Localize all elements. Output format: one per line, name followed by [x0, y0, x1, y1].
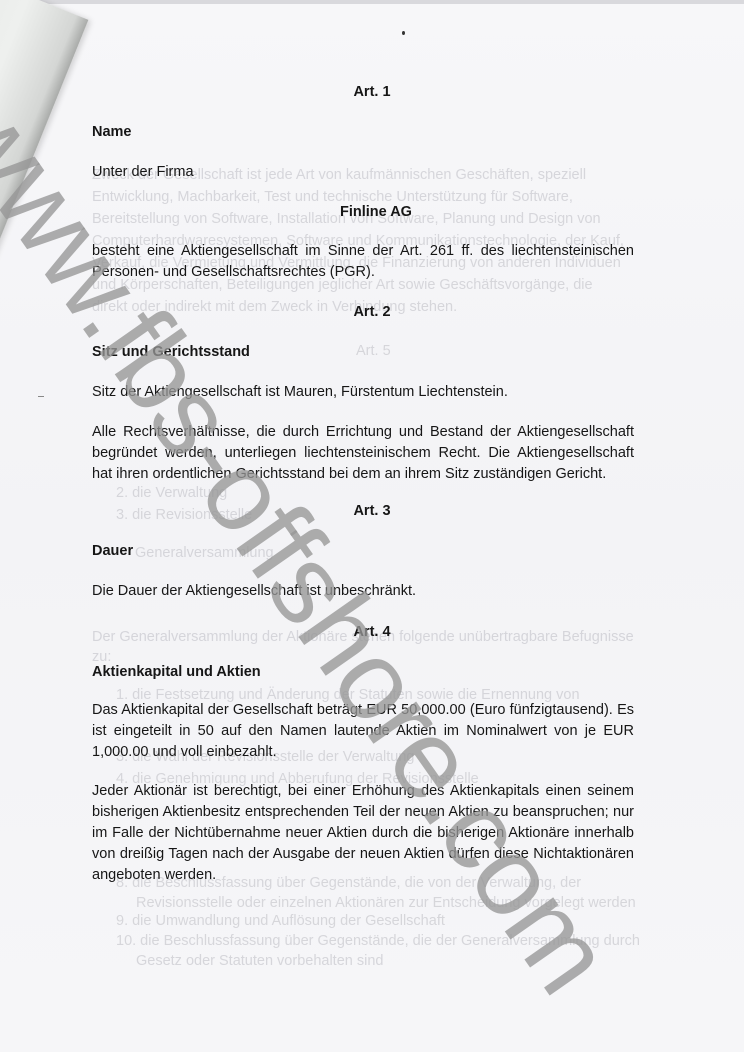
article-paragraph: besteht eine Aktiengesellschaft im Sinne… [92, 241, 634, 283]
article-number: Art. 4 [0, 624, 744, 640]
bleed-line: Art. 5 [356, 340, 391, 362]
bleed-line: Generalversammlung [135, 542, 274, 564]
article-number: Art. 3 [0, 503, 744, 519]
article-heading: Aktienkapital und Aktien [92, 664, 261, 680]
bleed-line: 10. die Beschlussfassung über Gegenständ… [116, 930, 640, 952]
article-heading: Name [92, 124, 132, 140]
article-intro: Unter der Firma [92, 164, 194, 180]
article-heading: Dauer [92, 543, 133, 559]
company-name: Finline AG [340, 204, 412, 220]
bleed-line: 2. die Verwaltung [116, 482, 227, 504]
article-paragraph: Sitz der Aktiengesellschaft ist Mauren, … [92, 382, 634, 403]
article-paragraph: Die Dauer der Aktiengesellschaft ist unb… [92, 581, 634, 602]
scan-speck [38, 396, 44, 397]
article-number: Art. 2 [0, 304, 744, 320]
scan-top-edge [0, 0, 744, 4]
scanned-page: Zweck der Gesellschaft ist jede Art von … [0, 0, 744, 1052]
article-heading: Sitz und Gerichtsstand [92, 344, 250, 360]
article-paragraph: Das Aktienkapital der Gesellschaft beträ… [92, 700, 634, 763]
article-paragraph: Jeder Aktionär ist berechtigt, bei einer… [92, 781, 634, 886]
page-fold-corner [0, 0, 88, 261]
bleed-line: 9. die Umwandlung und Auflösung der Gese… [116, 910, 445, 932]
bleed-line: Entwicklung, Machbarkeit, Test und techn… [92, 186, 573, 208]
article-paragraph: Alle Rechtsverhältnisse, die durch Erric… [92, 422, 634, 485]
bleed-line: Gesetz oder Statuten vorbehalten sind [136, 950, 383, 972]
article-number: Art. 1 [0, 84, 744, 100]
scan-speck [402, 31, 405, 35]
